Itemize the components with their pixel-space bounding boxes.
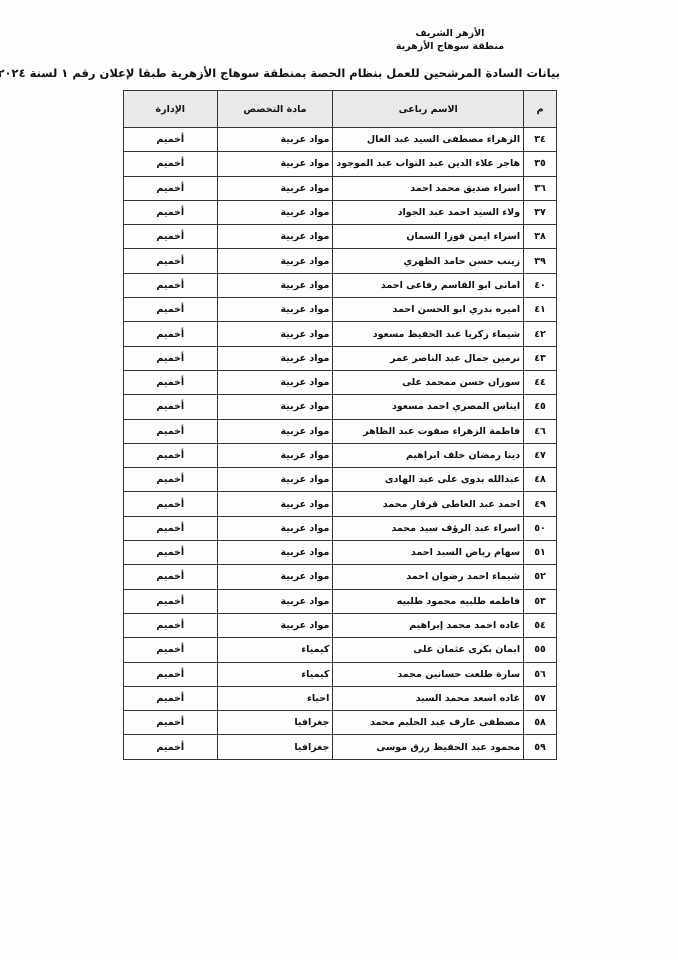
table-row: ٥٠اسراء عبد الرؤف سيد محمدمواد عربيةأخمي… — [124, 516, 557, 540]
candidate-name: الزهراء مصطفى السيد عبد العال — [333, 128, 524, 152]
candidate-name: نرمين جمال عبد الناصر عمر — [333, 346, 524, 370]
specialization: جغرافيا — [217, 735, 333, 759]
specialization: مواد عربية — [217, 565, 333, 589]
specialization: مواد عربية — [217, 516, 333, 540]
table-row: ٥٤غاده احمد محمد إبراهيممواد عربيةأخميم — [124, 613, 557, 637]
table-body: ٣٤الزهراء مصطفى السيد عبد العالمواد عربي… — [124, 128, 557, 760]
table-row: ٥٨مصطفى عارف عبد الحليم محمدجغرافياأخميم — [124, 711, 557, 735]
candidate-name: ايمان بكرى عثمان على — [333, 638, 524, 662]
candidate-name: زينب حسن حامد الظهري — [333, 249, 524, 273]
department: أخميم — [124, 613, 218, 637]
department: أخميم — [124, 589, 218, 613]
table-row: ٣٥هاجر علاء الدين عبد التواب عبد الموجود… — [124, 152, 557, 176]
specialization: مواد عربية — [217, 249, 333, 273]
table-row: ٤٣نرمين جمال عبد الناصر عمرمواد عربيةأخم… — [124, 346, 557, 370]
specialization: مواد عربية — [217, 200, 333, 224]
table-row: ٥٦سارة طلعت حسانين محمدكيمياءأخميم — [124, 662, 557, 686]
specialization: مواد عربية — [217, 346, 333, 370]
row-number: ٥٨ — [524, 711, 557, 735]
department: أخميم — [124, 516, 218, 540]
table-row: ٤٢شيماء زكريا عبد الحفيظ مسعودمواد عربية… — [124, 322, 557, 346]
department: أخميم — [124, 273, 218, 297]
department: أخميم — [124, 200, 218, 224]
row-number: ٣٤ — [524, 128, 557, 152]
department: أخميم — [124, 735, 218, 759]
specialization: مواد عربية — [217, 589, 333, 613]
specialization: مواد عربية — [217, 298, 333, 322]
specialization: مواد عربية — [217, 128, 333, 152]
table-row: ٤٨عبدالله بدوى على عبد الهادىمواد عربيةأ… — [124, 468, 557, 492]
candidate-name: اسراء ايمن فوزا السمان — [333, 225, 524, 249]
candidate-name: غاده احمد محمد إبراهيم — [333, 613, 524, 637]
row-number: ٥٤ — [524, 613, 557, 637]
row-number: ٣٨ — [524, 225, 557, 249]
row-number: ٥٧ — [524, 686, 557, 710]
specialization: مواد عربية — [217, 419, 333, 443]
row-number: ٥٣ — [524, 589, 557, 613]
candidate-name: سارة طلعت حسانين محمد — [333, 662, 524, 686]
candidate-name: سهام رياض السيد احمد — [333, 541, 524, 565]
specialization: جغرافيا — [217, 711, 333, 735]
table-row: ٥٥ايمان بكرى عثمان علىكيمياءأخميم — [124, 638, 557, 662]
org-region: منطقة سوهاج الأزهرية — [395, 40, 505, 53]
department: أخميم — [124, 370, 218, 394]
table-header-row: م الاسم رباعى مادة التخصص الإدارة — [124, 91, 557, 128]
specialization: مواد عربية — [217, 273, 333, 297]
candidate-name: اسراء صديق محمد احمد — [333, 176, 524, 200]
candidate-name: اميره بدري ابو الحسن احمد — [333, 298, 524, 322]
row-number: ٤٣ — [524, 346, 557, 370]
department: أخميم — [124, 176, 218, 200]
row-number: ٤٥ — [524, 395, 557, 419]
org-name: الأزهر الشريف — [395, 27, 505, 40]
specialization: مواد عربية — [217, 152, 333, 176]
specialization: مواد عربية — [217, 370, 333, 394]
candidates-table: م الاسم رباعى مادة التخصص الإدارة ٣٤الزه… — [123, 90, 557, 760]
specialization: مواد عربية — [217, 322, 333, 346]
department: أخميم — [124, 662, 218, 686]
specialization: مواد عربية — [217, 492, 333, 516]
row-number: ٤١ — [524, 298, 557, 322]
candidate-name: دينا رمضان خلف ابراهيم — [333, 443, 524, 467]
row-number: ٤٤ — [524, 370, 557, 394]
table-row: ٣٩زينب حسن حامد الظهريمواد عربيةأخميم — [124, 249, 557, 273]
row-number: ٥٦ — [524, 662, 557, 686]
candidate-name: غاده اسعد محمد السيد — [333, 686, 524, 710]
row-number: ٥١ — [524, 541, 557, 565]
table-row: ٤٧دينا رمضان خلف ابراهيممواد عربيةأخميم — [124, 443, 557, 467]
department: أخميم — [124, 565, 218, 589]
row-number: ٥٠ — [524, 516, 557, 540]
specialization: مواد عربية — [217, 176, 333, 200]
department: أخميم — [124, 468, 218, 492]
candidate-name: امانى ابو القاسم رفاعى احمد — [333, 273, 524, 297]
table-row: ٥٢شيماء احمد رضوان احمدمواد عربيةأخميم — [124, 565, 557, 589]
row-number: ٤٢ — [524, 322, 557, 346]
candidate-name: هاجر علاء الدين عبد التواب عبد الموجود — [333, 152, 524, 176]
candidate-name: احمد عبد العاطى قرقار محمد — [333, 492, 524, 516]
department: أخميم — [124, 152, 218, 176]
table-row: ٣٤الزهراء مصطفى السيد عبد العالمواد عربي… — [124, 128, 557, 152]
specialization: مواد عربية — [217, 225, 333, 249]
department: أخميم — [124, 419, 218, 443]
row-number: ٥٥ — [524, 638, 557, 662]
column-header-num: م — [524, 91, 557, 128]
row-number: ٤٩ — [524, 492, 557, 516]
department: أخميم — [124, 395, 218, 419]
table-row: ٣٨اسراء ايمن فوزا السمانمواد عربيةأخميم — [124, 225, 557, 249]
table-row: ٣٦اسراء صديق محمد احمدمواد عربيةأخميم — [124, 176, 557, 200]
candidate-name: فاطمة الزهراء صفوت عبد الظاهر — [333, 419, 524, 443]
candidate-name: شيماء احمد رضوان احمد — [333, 565, 524, 589]
table-row: ٤٠امانى ابو القاسم رفاعى احمدمواد عربيةأ… — [124, 273, 557, 297]
specialization: مواد عربية — [217, 541, 333, 565]
department: أخميم — [124, 711, 218, 735]
row-number: ٣٥ — [524, 152, 557, 176]
organization-header: الأزهر الشريف منطقة سوهاج الأزهرية — [395, 27, 505, 53]
document-title: بيانات السادة المرشحين للعمل بنظام الحصة… — [120, 66, 560, 80]
department: أخميم — [124, 128, 218, 152]
department: أخميم — [124, 322, 218, 346]
row-number: ٣٩ — [524, 249, 557, 273]
table-row: ٥٩محمود عبد الحفيظ رزق موسىجغرافياأخميم — [124, 735, 557, 759]
table-row: ٣٧ولاء السيد احمد عبد الجوادمواد عربيةأخ… — [124, 200, 557, 224]
specialization: احياء — [217, 686, 333, 710]
candidate-name: ولاء السيد احمد عبد الجواد — [333, 200, 524, 224]
table-row: ٥٧غاده اسعد محمد السيداحياءأخميم — [124, 686, 557, 710]
department: أخميم — [124, 298, 218, 322]
department: أخميم — [124, 249, 218, 273]
specialization: مواد عربية — [217, 443, 333, 467]
row-number: ٤٠ — [524, 273, 557, 297]
department: أخميم — [124, 638, 218, 662]
table-row: ٤٤سوزان حسن ممحمد علىمواد عربيةأخميم — [124, 370, 557, 394]
department: أخميم — [124, 541, 218, 565]
specialization: كيمياء — [217, 662, 333, 686]
table-row: ٤٦فاطمة الزهراء صفوت عبد الظاهرمواد عربي… — [124, 419, 557, 443]
row-number: ٣٦ — [524, 176, 557, 200]
candidate-name: سوزان حسن ممحمد على — [333, 370, 524, 394]
row-number: ٤٦ — [524, 419, 557, 443]
candidate-name: ايناس المصري احمد مسعود — [333, 395, 524, 419]
department: أخميم — [124, 346, 218, 370]
row-number: ٤٧ — [524, 443, 557, 467]
department: أخميم — [124, 686, 218, 710]
specialization: مواد عربية — [217, 395, 333, 419]
table-row: ٥١سهام رياض السيد احمدمواد عربيةأخميم — [124, 541, 557, 565]
candidate-name: مصطفى عارف عبد الحليم محمد — [333, 711, 524, 735]
candidate-name: شيماء زكريا عبد الحفيظ مسعود — [333, 322, 524, 346]
specialization: كيمياء — [217, 638, 333, 662]
department: أخميم — [124, 443, 218, 467]
table-row: ٤٥ايناس المصري احمد مسعودمواد عربيةأخميم — [124, 395, 557, 419]
table-row: ٥٣فاطمه طلبيه محمود طلبيهمواد عربيةأخميم — [124, 589, 557, 613]
specialization: مواد عربية — [217, 468, 333, 492]
table-row: ٤١اميره بدري ابو الحسن احمدمواد عربيةأخم… — [124, 298, 557, 322]
row-number: ٣٧ — [524, 200, 557, 224]
table-row: ٤٩احمد عبد العاطى قرقار محمدمواد عربيةأخ… — [124, 492, 557, 516]
specialization: مواد عربية — [217, 613, 333, 637]
candidate-name: محمود عبد الحفيظ رزق موسى — [333, 735, 524, 759]
candidate-name: فاطمه طلبيه محمود طلبيه — [333, 589, 524, 613]
column-header-subject: مادة التخصص — [217, 91, 333, 128]
column-header-department: الإدارة — [124, 91, 218, 128]
column-header-name: الاسم رباعى — [333, 91, 524, 128]
department: أخميم — [124, 225, 218, 249]
row-number: ٥٩ — [524, 735, 557, 759]
row-number: ٤٨ — [524, 468, 557, 492]
candidate-name: عبدالله بدوى على عبد الهادى — [333, 468, 524, 492]
department: أخميم — [124, 492, 218, 516]
candidate-name: اسراء عبد الرؤف سيد محمد — [333, 516, 524, 540]
row-number: ٥٢ — [524, 565, 557, 589]
